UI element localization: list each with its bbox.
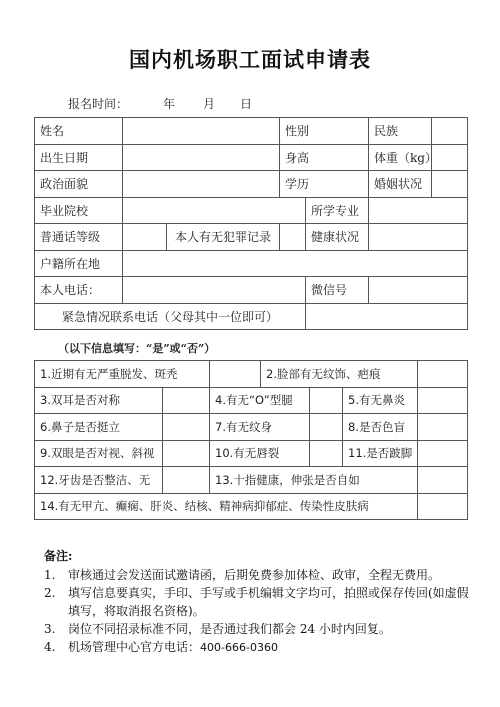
checklist-item-7: 7.有无纹身 (210, 414, 310, 441)
criminal-record-label: 本人有无犯罪记录 (167, 224, 280, 251)
wechat-label: 微信号 (306, 277, 369, 304)
checklist-item-3: 3.双耳是否对称 (35, 387, 163, 414)
wechat-field[interactable] (369, 277, 468, 304)
criminal-record-field[interactable] (280, 224, 306, 251)
note-text: 填写信息要真实，手印、手写或手机编辑文字均可，拍照或保存传回(如虚假填写，将取消… (68, 584, 474, 620)
note-text: 岗位不同招录标准不同，是否通过我们都会 24 小时内回复。 (68, 620, 474, 638)
table-row: 出生日期 身高 体重（kg） (35, 144, 468, 171)
registration-date-label: 报名时间： (68, 95, 128, 112)
checklist-item-12: 12.牙齿是否整洁、无 (35, 467, 163, 494)
name-label: 姓名 (35, 118, 123, 145)
marital-status-label: 婚姻状况 (369, 171, 432, 198)
checklist-answer-3[interactable] (163, 387, 210, 414)
marital-status-field[interactable] (432, 171, 468, 198)
checklist-item-13: 13.十指健康，伸张是否自如 (210, 467, 418, 494)
checklist-item-8: 8.是否色盲 (343, 414, 418, 441)
note-text-label: 机场管理中心官方电话： (68, 640, 200, 654)
major-field[interactable] (369, 197, 468, 224)
household-registration-label: 户籍所在地 (35, 250, 123, 277)
note-number: 1. (44, 566, 68, 584)
name-field[interactable] (123, 118, 280, 145)
phone-label: 本人电话： (35, 277, 123, 304)
checklist-answer-5[interactable] (418, 387, 468, 414)
major-label: 所学专业 (306, 197, 369, 224)
education-label: 学历 (280, 171, 369, 198)
political-status-label: 政治面貌 (35, 171, 123, 198)
health-label: 健康状况 (306, 224, 369, 251)
checklist-item-1: 1.近期有无严重脱发、斑秃 (35, 361, 210, 388)
mandarin-level-field[interactable] (123, 224, 167, 251)
table-row: 9.双眼是否对视、斜视 10.有无唇裂 11.是否跛脚 (35, 440, 468, 467)
table-row: 紧急情况联系电话（父母其中一位即可） (35, 303, 468, 330)
health-checklist-table: 1.近期有无严重脱发、斑秃 2.脸部有无纹饰、疤痕 3.双耳是否对称 4.有无“… (34, 360, 468, 520)
checklist-item-2: 2.脸部有无纹饰、疤痕 (261, 361, 418, 388)
household-registration-field[interactable] (123, 250, 468, 277)
weight-label: 体重（kg） (369, 144, 432, 171)
checklist-item-6: 6.鼻子是否挺立 (35, 414, 163, 441)
school-field[interactable] (123, 197, 306, 224)
note-item: 1. 审核通过会发送面试邀请函，后期免费参加体检、政审，全程无费用。 (44, 566, 474, 584)
note-item: 3. 岗位不同招录标准不同，是否通过我们都会 24 小时内回复。 (44, 620, 474, 638)
notes-section: 备注: 1. 审核通过会发送面试邀请函，后期免费参加体检、政审，全程无费用。 2… (44, 547, 474, 657)
table-row: 14.有无甲亢、癫痫、肝炎、结核、精神病抑郁症、传染性皮肤病 (35, 493, 468, 520)
checklist-answer-10[interactable] (310, 440, 343, 467)
emergency-contact-field[interactable] (306, 303, 468, 330)
table-row: 6.鼻子是否挺立 7.有无纹身 8.是否色盲 (35, 414, 468, 441)
table-row: 普通话等级 本人有无犯罪记录 健康状况 (35, 224, 468, 251)
table-row: 户籍所在地 (35, 250, 468, 277)
checklist-answer-1[interactable] (210, 361, 261, 388)
checklist-item-4: 4.有无“O”型腿 (210, 387, 310, 414)
checklist-hint: （以下信息填写：“是”或“否”） (58, 340, 215, 356)
ethnicity-label: 民族 (369, 118, 432, 145)
health-field[interactable] (369, 224, 468, 251)
checklist-answer-9[interactable] (163, 440, 210, 467)
checklist-item-14: 14.有无甲亢、癫痫、肝炎、结核、精神病抑郁症、传染性皮肤病 (35, 493, 418, 520)
checklist-item-11: 11.是否跛脚 (343, 440, 418, 467)
emergency-contact-label: 紧急情况联系电话（父母其中一位即可） (35, 303, 306, 330)
birth-date-field[interactable] (123, 144, 280, 171)
gender-label: 性别 (280, 118, 369, 145)
table-row: 1.近期有无严重脱发、斑秃 2.脸部有无纹饰、疤痕 (35, 361, 468, 388)
checklist-item-9: 9.双眼是否对视、斜视 (35, 440, 163, 467)
ethnicity-field[interactable] (432, 118, 468, 145)
checklist-item-10: 10.有无唇裂 (210, 440, 310, 467)
checklist-answer-13[interactable] (418, 467, 468, 494)
date-day-label: 日 (240, 95, 252, 112)
school-label: 毕业院校 (35, 197, 123, 224)
official-phone-number: 400-666-0360 (200, 641, 278, 654)
checklist-answer-6[interactable] (163, 414, 210, 441)
date-year-label: 年 (163, 95, 175, 112)
note-item: 4. 机场管理中心官方电话：400-666-0360 (44, 638, 474, 657)
checklist-answer-7[interactable] (310, 414, 343, 441)
table-row: 姓名 性别 民族 (35, 118, 468, 145)
height-label: 身高 (280, 144, 369, 171)
page-title: 国内机场职工面试申请表 (0, 44, 500, 74)
notes-heading: 备注: (44, 547, 474, 564)
note-number: 3. (44, 620, 68, 638)
date-month-label: 月 (203, 95, 215, 112)
basic-info-table-grid: 姓名 性别 民族 出生日期 身高 体重（kg） 政治面貌 学历 婚姻状况 毕业院… (34, 117, 468, 330)
table-row: 本人电话： 微信号 (35, 277, 468, 304)
checklist-answer-8[interactable] (418, 414, 468, 441)
birth-date-label: 出生日期 (35, 144, 123, 171)
mandarin-level-label: 普通话等级 (35, 224, 123, 251)
note-number: 4. (44, 638, 68, 657)
checklist-item-5: 5.有无鼻炎 (343, 387, 418, 414)
note-text: 审核通过会发送面试邀请函，后期免费参加体检、政审，全程无费用。 (68, 566, 474, 584)
table-row: 3.双耳是否对称 4.有无“O”型腿 5.有无鼻炎 (35, 387, 468, 414)
note-number: 2. (44, 584, 68, 620)
checklist-answer-4[interactable] (310, 387, 343, 414)
checklist-answer-12[interactable] (163, 467, 210, 494)
weight-field[interactable] (432, 144, 468, 171)
table-row: 政治面貌 学历 婚姻状况 (35, 171, 468, 198)
table-row: 12.牙齿是否整洁、无 13.十指健康，伸张是否自如 (35, 467, 468, 494)
table-row: 毕业院校 所学专业 (35, 197, 468, 224)
phone-field[interactable] (123, 277, 306, 304)
checklist-answer-11[interactable] (418, 440, 468, 467)
note-text: 机场管理中心官方电话：400-666-0360 (68, 638, 474, 657)
political-status-field[interactable] (123, 171, 280, 198)
note-item: 2. 填写信息要真实，手印、手写或手机编辑文字均可，拍照或保存传回(如虚假填写，… (44, 584, 474, 620)
checklist-answer-2[interactable] (418, 361, 468, 388)
checklist-answer-14[interactable] (418, 493, 468, 520)
